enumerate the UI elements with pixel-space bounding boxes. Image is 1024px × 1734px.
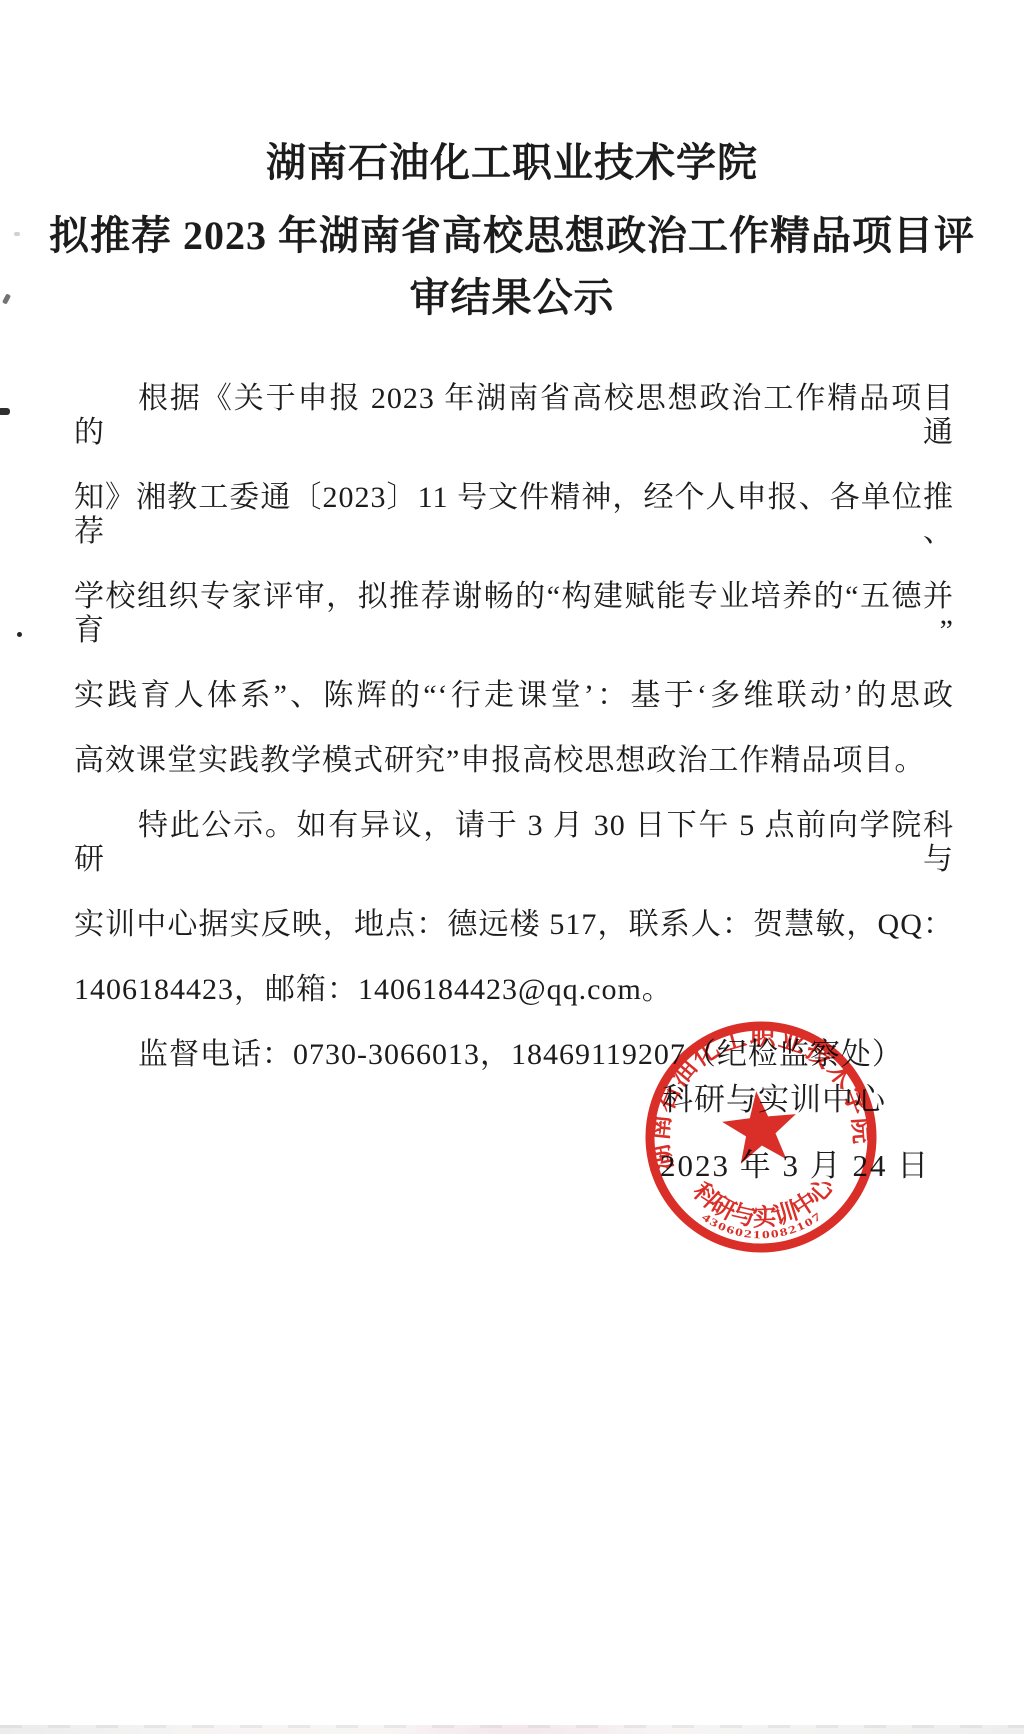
paragraph1-line2: 知》湘教工委通〔2023〕11 号文件精神，经个人申报、各单位推荐、 <box>74 481 954 549</box>
scan-speck <box>14 232 20 236</box>
paragraph1-line4: 实践育人体系”、陈辉的“‘行走课堂’：基于‘多维联动’的思政 <box>74 679 954 713</box>
paragraph1-line5: 高效课堂实践教学模式研究”申报高校思想政治工作精品项目。 <box>74 744 954 778</box>
document-subtitle-line2: 审结果公示 <box>0 266 1024 323</box>
scan-speck <box>17 632 22 637</box>
scan-artifact-bottom-edge <box>0 1725 1024 1734</box>
scanned-document-page: 湖南石油化工职业技术学院 拟推荐 2023 年湖南省高校思想政治工作精品项目评 … <box>0 0 1024 1734</box>
paragraph1-line1: 根据《关于申报 2023 年湖南省高校思想政治工作精品项目的通 <box>74 382 954 450</box>
paragraph2-line1: 特此公示。如有异议，请于 3 月 30 日下午 5 点前向学院科研与 <box>74 809 954 877</box>
paragraph2-line2: 实训中心据实反映，地点：德远楼 517，联系人：贺慧敏，QQ： <box>74 908 954 942</box>
document-subtitle-line1: 拟推荐 2023 年湖南省高校思想政治工作精品项目评 <box>0 204 1024 261</box>
official-seal: 湖南石油化工职业技术学院 科研与实训中心 43060210082107 <box>629 1005 893 1269</box>
document-body: 根据《关于申报 2023 年湖南省高校思想政治工作精品项目的通 知》湘教工委通〔… <box>74 382 954 1103</box>
paragraph2-line3: 1406184423，邮箱：1406184423@qq.com。 <box>74 973 954 1007</box>
scan-speck <box>0 408 10 415</box>
paragraph1-line3: 学校组织专家评审，拟推荐谢畅的“构建赋能专业培养的“五德并育” <box>74 580 954 648</box>
seal-graphic: 湖南石油化工职业技术学院 科研与实训中心 43060210082107 <box>629 1005 893 1269</box>
document-title: 湖南石油化工职业技术学院 <box>0 131 1024 188</box>
seal-star-icon <box>719 1087 800 1165</box>
